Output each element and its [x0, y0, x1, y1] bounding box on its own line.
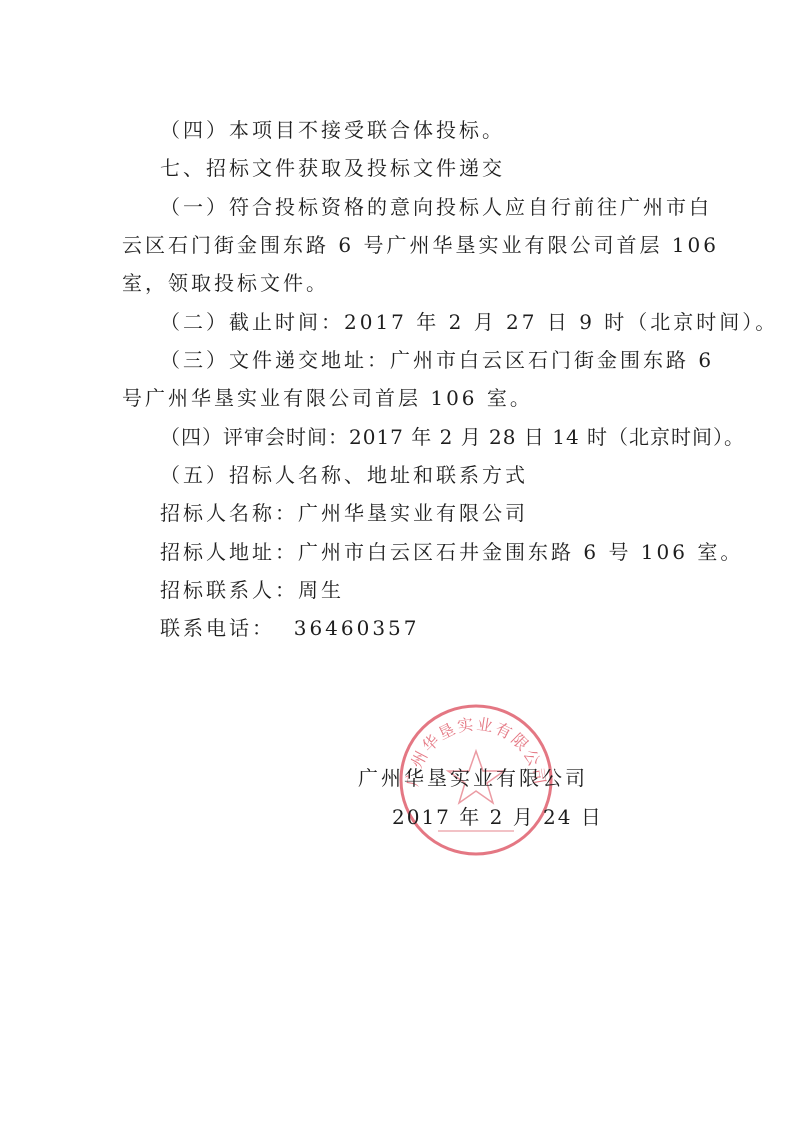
signature-date: 2017 年 2 月 24 日 [392, 805, 603, 829]
clause-5-heading: （五）招标人名称、地址和联系方式 [160, 463, 684, 487]
tenderer-name: 招标人名称：广州华垦实业有限公司 [160, 501, 684, 525]
tenderer-address: 招标人地址：广州市白云区石井金围东路 6 号 106 室。 [160, 540, 684, 564]
clause-2-deadline: （二）截止时间：2017 年 2 月 27 日 9 时（北京时间）。 [160, 310, 684, 334]
tenderer-contact: 招标联系人：周生 [160, 578, 684, 602]
section-7-heading: 七、招标文件获取及投标文件递交 [160, 156, 684, 180]
document-page: （四）本项目不接受联合体投标。 七、招标文件获取及投标文件递交 （一）符合投标资… [0, 0, 800, 1140]
clause-4-joint-bid: （四）本项目不接受联合体投标。 [160, 118, 684, 142]
clause-3-line-2: 号广州华垦实业有限公司首层 106 室。 [122, 386, 684, 410]
clause-3-line-1: （三）文件递交地址：广州市白云区石门街金围东路 6 [160, 348, 684, 372]
clause-4-review-time: （四）评审会时间：2017 年 2 月 28 日 14 时（北京时间）。 [160, 425, 684, 449]
clause-1-line-2: 云区石门街金围东路 6 号广州华垦实业有限公司首层 106 [122, 233, 684, 257]
tenderer-phone: 联系电话： 36460357 [160, 616, 684, 640]
clause-1-line-3: 室，领取投标文件。 [122, 271, 684, 295]
signature-company: 广州华垦实业有限公司 [358, 766, 588, 790]
clause-1-line-1: （一）符合投标资格的意向投标人应自行前往广州市白 [160, 195, 684, 219]
